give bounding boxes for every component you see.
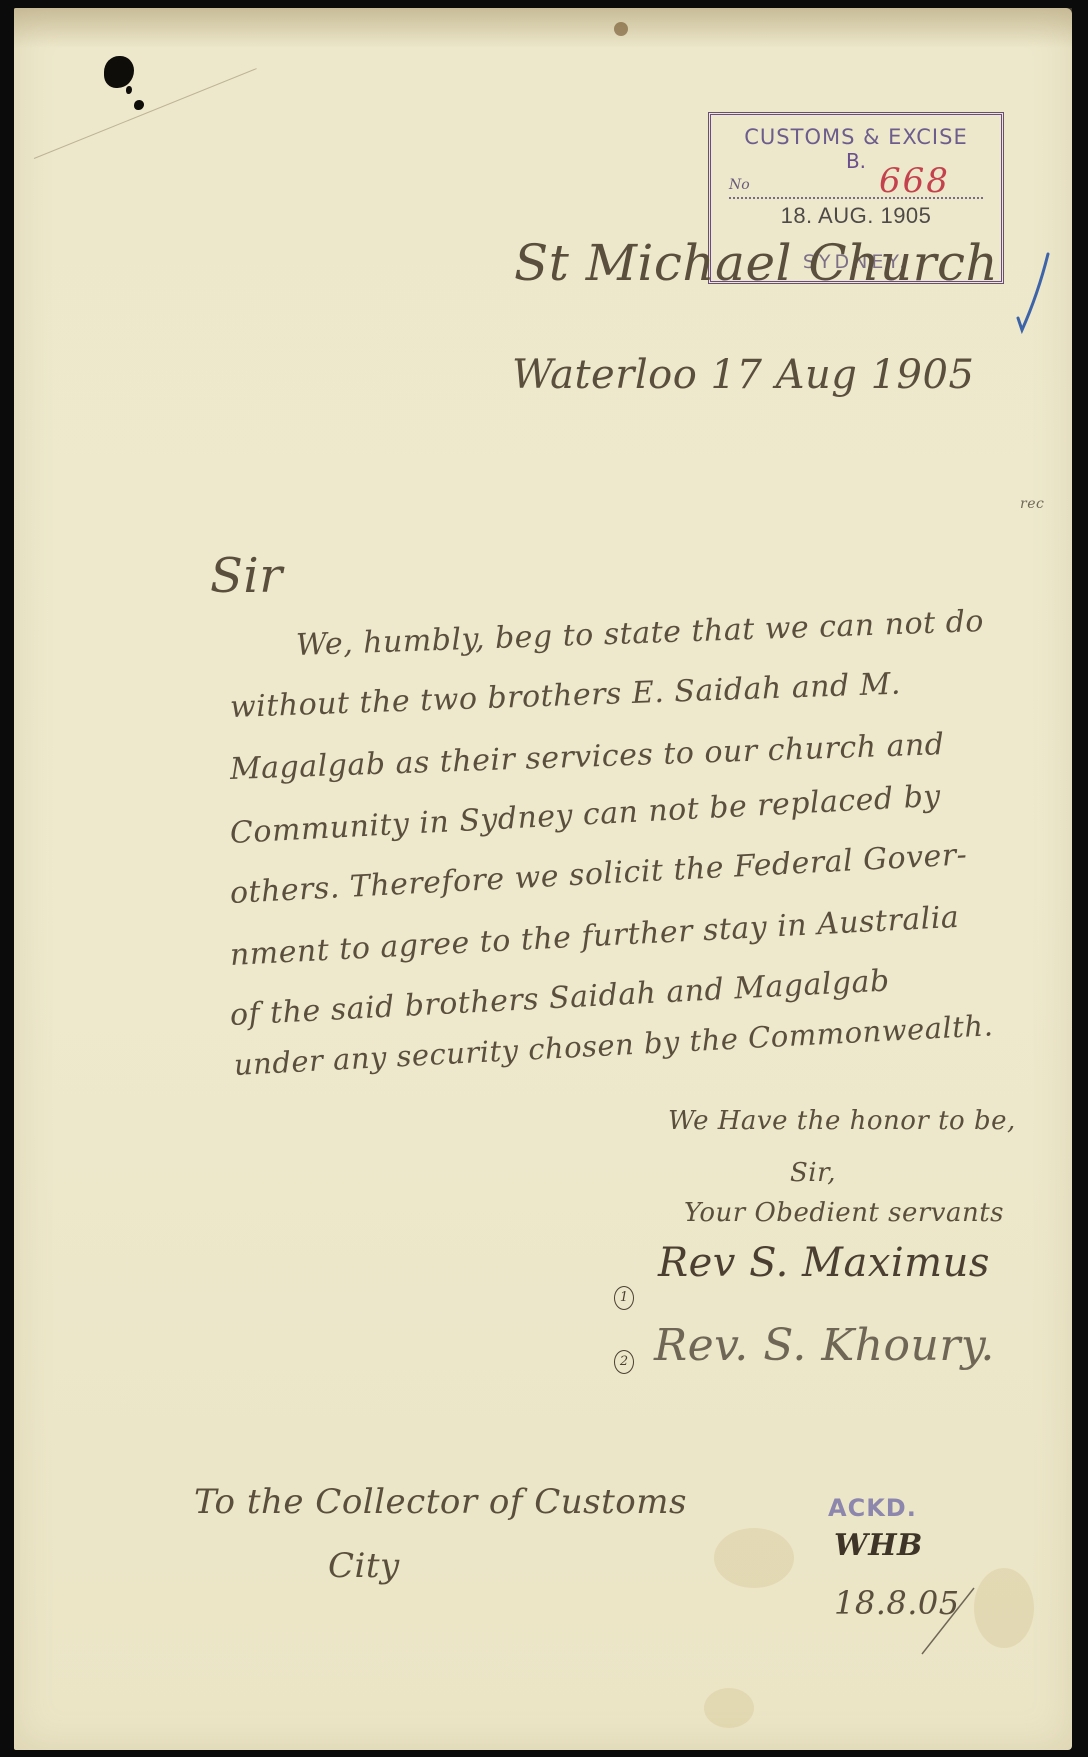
- document-page: CUSTOMS & EXCISE B. No 668 18. AUG. 1905…: [14, 8, 1072, 1750]
- closing-line-3: Your Obedient servants: [684, 1198, 1004, 1228]
- place-date: Waterloo 17 Aug 1905: [512, 352, 974, 398]
- paper-crease: [34, 68, 257, 159]
- body-line-2: without the two brothers E. Saidah and M…: [229, 667, 901, 725]
- body-line-1: We, humbly, beg to state that we can not…: [295, 604, 984, 663]
- signature-number-1: 1: [614, 1286, 634, 1310]
- ink-blot-small: [134, 100, 144, 110]
- stamp-date: 18. AUG. 1905: [711, 203, 1001, 229]
- signature-1: Rev S. Maximus: [658, 1240, 990, 1286]
- ackd-initials: WHB: [834, 1528, 923, 1563]
- closing-line-1: We Have the honor to be,: [668, 1106, 1016, 1136]
- paper-stain: [704, 1688, 754, 1728]
- stamp-branch: B.: [711, 149, 1001, 173]
- addressee-line-1: To the Collector of Customs: [194, 1482, 687, 1522]
- signature-number-2: 2: [614, 1350, 634, 1374]
- closing-line-2: Sir,: [790, 1158, 836, 1188]
- check-mark-icon: [1014, 248, 1054, 338]
- addressee-line-2: City: [328, 1546, 400, 1586]
- paper-stain: [714, 1528, 794, 1588]
- stamp-title: CUSTOMS & EXCISE: [711, 125, 1001, 149]
- stamp-number-value: 668: [879, 161, 950, 201]
- church-name: St Michael Church: [514, 234, 998, 292]
- body-line-6: nment to agree to the further stay in Au…: [229, 900, 960, 973]
- body-line-4: Community in Sydney can not be replaced …: [229, 779, 942, 851]
- ink-blot-small: [126, 86, 132, 94]
- paper-stain: [614, 22, 628, 36]
- stamp-number-label: No: [729, 177, 750, 193]
- stamp-number-row: No 668: [729, 175, 983, 199]
- salutation: Sir: [210, 548, 283, 604]
- ink-blot: [104, 56, 134, 88]
- body-line-3: Magalgab as their services to our church…: [229, 727, 945, 787]
- signature-2: Rev. S. Khoury.: [654, 1320, 995, 1371]
- margin-note: rec: [1020, 496, 1044, 512]
- ackd-underline-stroke: [914, 1584, 994, 1664]
- ackd-stamp: ACKD.: [828, 1494, 917, 1522]
- body-line-5: others. Therefore we solicit the Federal…: [229, 837, 968, 911]
